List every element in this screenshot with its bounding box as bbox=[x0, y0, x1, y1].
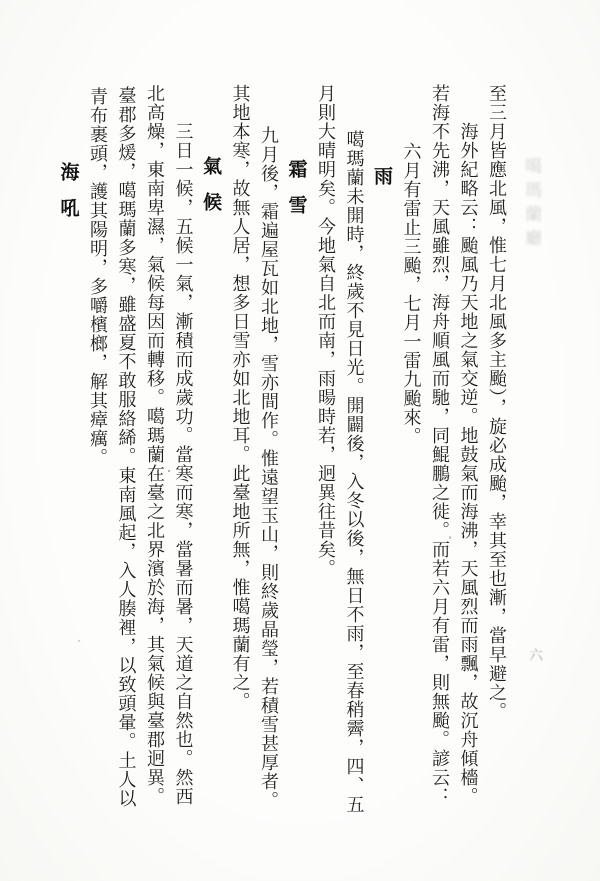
vertical-text-block: 至三月皆應北風，惟七月北風多主颱），旋必成颱，幸其至也漸，當早避之。海外紀略云：… bbox=[54, 84, 510, 818]
folio-page-number: 六 bbox=[529, 645, 543, 665]
heading-sea-roar: 海吼 bbox=[54, 84, 83, 818]
body-column-haiwai-jilue: 海外紀略云：颱風乃天地之氣交逆。地鼓氣而海沸，天風烈而雨飄，故沉舟傾檣。 bbox=[453, 84, 482, 818]
body-column-rain-2: 月則大晴明矣。今地氣自北而南，雨暘時若，迥異往昔矣。 bbox=[311, 84, 340, 818]
body-column-climate-4: 青布裹頭，護其陽明，多嚼檳榔，解其瘴癘。 bbox=[83, 84, 112, 818]
body-column-frost-2: 其地本寒，故無人居，想多日雪亦如北地耳。此臺地所無，惟噶瑪蘭有之。 bbox=[225, 84, 254, 818]
body-column-typhoon-1: 至三月皆應北風，惟七月北風多主颱），旋必成颱，幸其至也漸，當早避之。 bbox=[482, 84, 511, 818]
heading-frost-snow: 霜雪 bbox=[282, 84, 311, 818]
body-column-climate-3: 臺郡多煖，噶瑪蘭多寒，雖盛夏不敢服絡絺。東南風起，入人腠裡，以致頭暈。土人以 bbox=[111, 84, 140, 818]
body-column-climate-2: 北高燥，東南卑濕，氣候每因而轉移。噶瑪蘭在臺之北界濱於海，其氣候與臺郡迥異。 bbox=[140, 84, 169, 818]
body-column-frost-1: 九月後，霜遍屋瓦如北地，雪亦間作。惟遠望玉山，則終歲晶瑩，若積雪甚厚者。 bbox=[254, 84, 283, 818]
heading-climate: 氣候 bbox=[197, 84, 226, 818]
scan-speckle bbox=[449, 536, 451, 539]
body-column-proverb: 六月有雷止三颱，七月一雷九颱來。 bbox=[396, 84, 425, 818]
body-column-rain-1: 噶瑪蘭未開時，終歲不見日光。開闢後，入冬以後，無日不雨，至春稍霽，四、五 bbox=[339, 84, 368, 818]
scan-speckle bbox=[168, 470, 170, 472]
heading-rain: 雨 bbox=[368, 84, 397, 818]
scanned-page: 噶瑪蘭廳 六 至三月皆應北風，惟七月北風多主颱），旋必成颱，幸其至也漸，當早避之… bbox=[0, 0, 600, 881]
bleedthrough-title-text: 噶瑪蘭廳 bbox=[519, 157, 544, 253]
body-column-climate-1: 三日一候，五候一氣，漸積而成歲功。當寒而寒，當暑而暑，天道之自然也。然西 bbox=[168, 84, 197, 818]
body-column-typhoon-2: 若海不先沸，天風雖烈，海舟順風而馳，同鯤鵬之徙。而若六月有雷，則無颱。諺云： bbox=[425, 84, 454, 818]
scan-speckle bbox=[78, 640, 80, 642]
